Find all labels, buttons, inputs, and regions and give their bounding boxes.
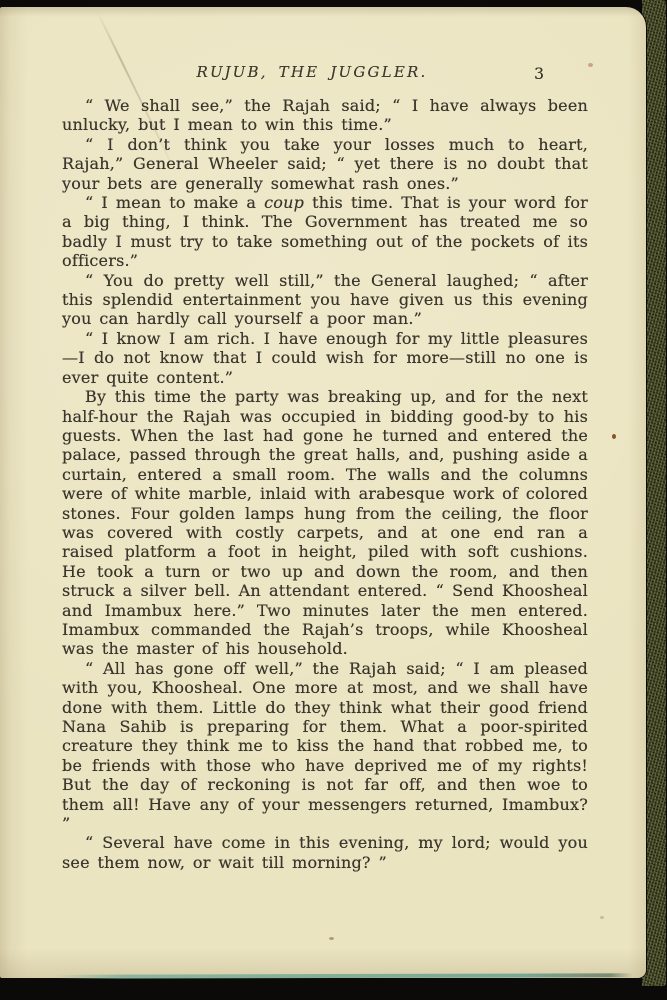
- text-segment: By this time the party was breaking up, …: [62, 387, 588, 658]
- paragraph: “ All has gone off well,” the Rajah said…: [62, 659, 588, 834]
- page-text: “ We shall see,” the Rajah said; “ I hav…: [62, 96, 588, 872]
- text-segment: “ I mean to make a: [85, 193, 264, 212]
- text-segment: “ You do pretty well still,” the General…: [62, 271, 588, 329]
- text-segment: “ All has gone off well,” the Rajah said…: [62, 659, 588, 833]
- paragraph: “ I mean to make a coup this time. That …: [62, 193, 588, 271]
- paragraph: By this time the party was breaking up, …: [62, 387, 588, 659]
- text-segment: “ Several have come in this evening, my …: [62, 833, 588, 871]
- italic-text: coup: [264, 193, 304, 212]
- paragraph: “ You do pretty well still,” the General…: [62, 271, 588, 329]
- page-number: 3: [528, 65, 550, 83]
- book-photo: RUJUB, THE JUGGLER. 3 “ We shall see,” t…: [0, 0, 667, 1000]
- running-title: RUJUB, THE JUGGLER.: [62, 63, 562, 81]
- text-segment: “ We shall see,” the Rajah said; “ I hav…: [62, 96, 588, 134]
- foxing-spot: [612, 434, 616, 439]
- text-segment: “ I don’t think you take your losses muc…: [62, 135, 588, 193]
- foxing-spot: [588, 63, 593, 67]
- paragraph: “ I don’t think you take your losses muc…: [62, 135, 588, 193]
- paragraph: “ We shall see,” the Rajah said; “ I hav…: [62, 96, 588, 135]
- foxing-spot: [329, 937, 334, 940]
- paragraph: “ I know I am rich. I have enough for my…: [62, 329, 588, 387]
- text-segment: “ I know I am rich. I have enough for my…: [62, 329, 588, 387]
- foxing-spot: [600, 916, 604, 919]
- book-page: RUJUB, THE JUGGLER. 3 “ We shall see,” t…: [0, 7, 646, 978]
- paragraph: “ Several have come in this evening, my …: [62, 833, 588, 872]
